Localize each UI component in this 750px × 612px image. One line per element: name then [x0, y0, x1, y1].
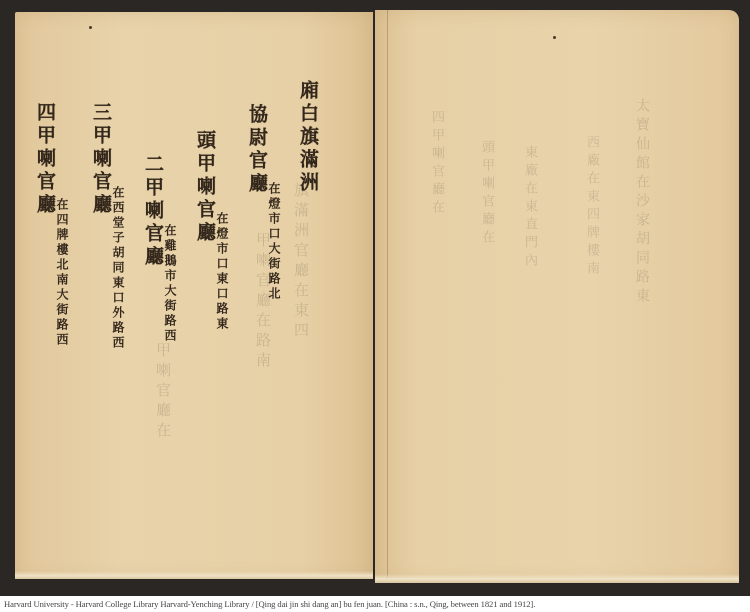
- bleed-through-text: 甲喇官廳在: [155, 342, 170, 442]
- manuscript-column-6: 四甲喇官廳 在四牌樓北南大街路西: [35, 102, 68, 348]
- paper-speck: [89, 26, 92, 29]
- image-caption: Harvard University - Harvard College Lib…: [4, 599, 535, 609]
- manuscript-column-4: 二甲喇官廳 在雞鵝市大街路西: [143, 154, 176, 344]
- column-annotation: 在燈市口大街路北: [268, 182, 280, 302]
- page-fold-line: [387, 10, 388, 583]
- bleed-through-text: 旗滿洲官廳在東四: [293, 182, 308, 342]
- manuscript-column-1: 廂白旗滿洲: [298, 80, 317, 195]
- bleed-through-text: 太寶仙館在沙家胡同路東: [635, 98, 649, 307]
- column-heading: 頭甲喇官廳: [195, 130, 214, 245]
- column-annotation: 在燈市口東口路東: [216, 212, 228, 332]
- bleed-through-text: 頭甲喇官廳在: [480, 140, 493, 248]
- paper-speck: [553, 36, 556, 39]
- bleed-through-text: 東廠在東直門內: [523, 145, 536, 271]
- image-viewer: 旗滿洲官廳在東四 甲喇官廳在路南 甲喇官廳在 廂白旗滿洲 協尉官廳 在燈市口大街…: [0, 0, 750, 596]
- column-heading: 三甲喇官廳: [91, 102, 110, 217]
- manuscript-column-2: 協尉官廳 在燈市口大街路北: [247, 104, 280, 302]
- column-heading: 二甲喇官廳: [143, 154, 162, 269]
- bleed-through-text: 西廠在東四牌樓南: [585, 135, 598, 279]
- right-page: 太寶仙館在沙家胡同路東 西廠在東四牌樓南 東廠在東直門內 頭甲喇官廳在 四甲喇官…: [375, 10, 739, 583]
- left-page: 旗滿洲官廳在東四 甲喇官廳在路南 甲喇官廳在 廂白旗滿洲 協尉官廳 在燈市口大街…: [15, 12, 373, 579]
- column-heading: 廂白旗滿洲: [298, 80, 317, 195]
- manuscript-column-3: 頭甲喇官廳 在燈市口東口路東: [195, 130, 228, 332]
- manuscript-column-5: 三甲喇官廳 在西堂子胡同東口外路西: [91, 102, 124, 351]
- column-heading: 協尉官廳: [247, 104, 266, 196]
- bleed-through-text: 四甲喇官廳在: [430, 110, 443, 218]
- column-heading: 四甲喇官廳: [35, 102, 54, 217]
- column-annotation: 在四牌樓北南大街路西: [56, 198, 68, 348]
- column-annotation: 在西堂子胡同東口外路西: [112, 186, 124, 351]
- column-annotation: 在雞鵝市大街路西: [164, 224, 176, 344]
